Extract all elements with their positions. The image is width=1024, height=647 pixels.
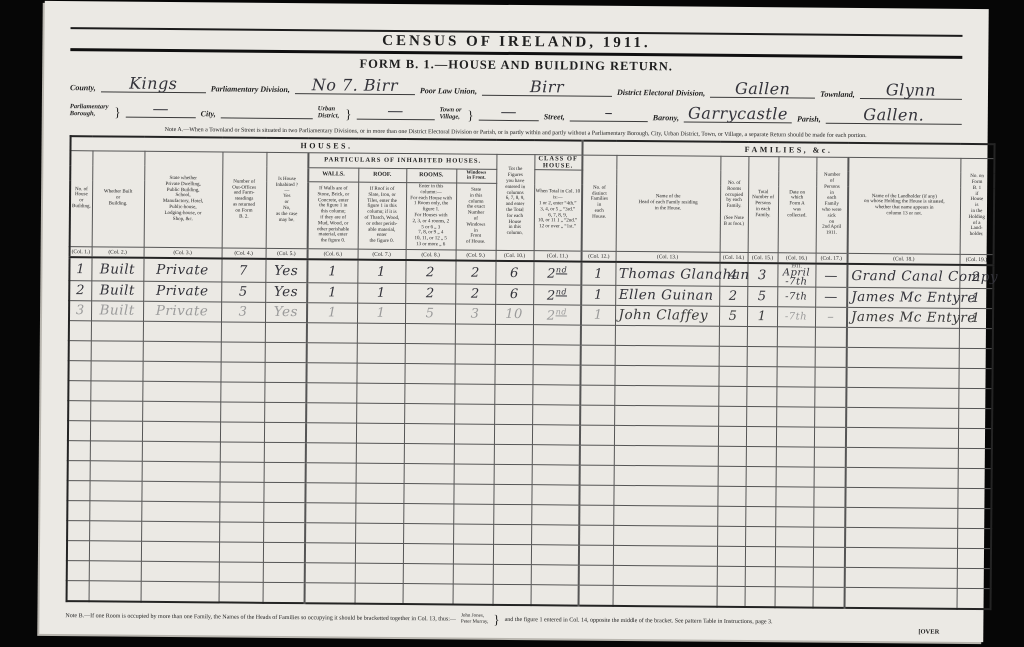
- col15-header: Total Number of Persons in each Family.: [748, 156, 779, 253]
- brace-glyph: }: [345, 109, 351, 119]
- col6-header: If Walls are of Stone, Brick, or Concret…: [308, 182, 359, 249]
- col4-header: Number of Out-Offices and Farm- steading…: [222, 151, 267, 248]
- cell-rooms: 2: [405, 260, 455, 284]
- townland-label: Townland,: [820, 90, 855, 99]
- note-b-part1: Note B.—If one Room is occupied by more …: [65, 613, 456, 622]
- cell-families: 1: [581, 305, 615, 325]
- cell-class: 2nd: [533, 305, 581, 325]
- cell-class: 2nd: [533, 262, 581, 286]
- col14-header: No. of Rooms occupied by each Family. (S…: [720, 156, 749, 253]
- cell-sick: –: [815, 307, 847, 327]
- roof-title: ROOF.: [358, 168, 406, 183]
- cell-head-name: John Claffey: [615, 306, 719, 327]
- col2-header: Whether Built or Building.: [92, 150, 145, 247]
- cell-windows: 2: [455, 284, 495, 304]
- col-label-8: (Col. 8.): [406, 249, 456, 260]
- note-b-brace: }: [493, 612, 499, 628]
- cell-built: Built: [91, 301, 143, 321]
- cell-total: 6: [495, 261, 533, 285]
- col-label-6: (Col. 6.): [308, 249, 358, 260]
- table-header: HOUSES. FAMILIES, &c. No. of House or Bu…: [70, 136, 995, 265]
- brace-glyph: }: [114, 107, 120, 117]
- cell-out-offices: 5: [221, 282, 265, 302]
- class-of-house-title: CLASS OF HOUSE.: [534, 154, 582, 169]
- col9-header: State in this column the exact Number of…: [456, 183, 497, 250]
- col1-header: No. of House or Building.: [70, 150, 93, 247]
- barony-label: Barony,: [653, 113, 679, 122]
- note-b-part2: and the figure 1 entered in Col. 14, opp…: [505, 617, 773, 625]
- note-b: Note B.—If one Room is occupied by more …: [65, 608, 957, 632]
- cell-roof: 1: [357, 303, 405, 323]
- county-value: Kings: [101, 76, 206, 93]
- city-label: City,: [201, 109, 216, 118]
- cell-type: Private: [143, 282, 221, 303]
- parl-division-value: No 7. Birr: [295, 78, 415, 95]
- particulars-group-header: PARTICULARS OF INHABITED HOUSES.: [308, 152, 496, 169]
- cell-windows: 2: [455, 261, 495, 285]
- cell-out-offices: 7: [221, 259, 265, 283]
- cell-inhabited: Yes: [265, 303, 307, 323]
- cell-persons: 1: [747, 307, 777, 327]
- col-label-12: (Col. 12.): [582, 251, 616, 262]
- col-label-11: (Col. 11.): [534, 251, 582, 262]
- cell-landholder: Grand Canal Compy: [847, 264, 959, 288]
- header-fields-row-1: County, Kings Parliamentary Division, No…: [70, 76, 962, 100]
- col-label-16: (Col. 16.): [778, 253, 816, 264]
- census-form-page: CENSUS OF IRELAND, 1911. FORM B. 1.—HOUS…: [39, 1, 988, 642]
- col-label-17: (Col. 17.): [816, 253, 848, 264]
- col18-header: Name of the Landholder (if any) on whose…: [848, 157, 961, 254]
- cell-built: Built: [91, 281, 143, 301]
- cell-class: 2nd: [533, 285, 581, 305]
- cell-sick: —: [815, 264, 847, 288]
- col-label-4: (Col. 4.): [222, 248, 266, 259]
- town-village-value: —: [479, 105, 539, 122]
- cell-windows: 3: [455, 304, 495, 324]
- street-label: Street,: [544, 112, 565, 121]
- cell-walls: 1: [307, 303, 357, 323]
- cell-rooms-occupied: 5: [719, 307, 747, 327]
- col19-header: No. on Form B. 1 if House is in the Hold…: [960, 158, 995, 255]
- col16-header: Date on which Form A was collected.: [778, 156, 817, 253]
- cell-walls: 1: [307, 260, 357, 284]
- cell-built: Built: [91, 258, 143, 282]
- walls-title: WALLS.: [308, 167, 358, 182]
- col17-header: Number of Persons in each Family who wer…: [816, 157, 849, 254]
- cell-rooms-occupied: 2: [719, 287, 747, 307]
- cell-total: 10: [495, 305, 533, 325]
- cell-families: 1: [581, 262, 615, 286]
- col-label-1: (Col. 1.): [70, 246, 92, 257]
- parl-borough-value: —: [126, 102, 196, 119]
- col-label-10: (Col. 10.): [496, 250, 534, 261]
- col-label-15: (Col. 15.): [748, 252, 778, 263]
- parl-division-label: Parliamentary Division,: [211, 84, 290, 94]
- cell-type: Private: [143, 258, 221, 282]
- cell-total: 6: [495, 285, 533, 305]
- over-label: [OVER: [918, 628, 939, 635]
- cell-roof: 1: [357, 283, 405, 303]
- col7-header: If Roof is of Slate, Iron, or Tiles, ent…: [358, 182, 407, 249]
- cell-landholder: James Mc Entyre: [847, 308, 959, 329]
- cell-date: -7th: [777, 307, 815, 327]
- cell-families: 1: [581, 285, 615, 305]
- col11-header: When Total in Col. 10 is:— 1 or 2, enter…: [534, 169, 583, 251]
- rooms-title: ROOMS.: [406, 168, 456, 183]
- col8-header: Enter in this column:— For each House wi…: [406, 183, 457, 250]
- col-label-9: (Col. 9.): [456, 250, 496, 261]
- street-value: –: [570, 105, 648, 122]
- cell-date: -7th: [777, 287, 815, 307]
- city-value: [221, 102, 313, 119]
- cell-house-no: 1: [69, 257, 91, 281]
- cell-head-name: Thomas Glanahan: [615, 262, 719, 286]
- col-label-13: (Col. 13.): [616, 251, 720, 263]
- parish-label: Parish,: [797, 114, 821, 123]
- district-electoral-division-value: Gallen: [710, 82, 815, 99]
- col-label-19: (Col. 19.): [960, 254, 994, 265]
- col12-header: No. of distinct Families in each House.: [582, 155, 617, 252]
- col-label-3: (Col. 3.): [144, 247, 222, 259]
- cell-out-offices: 3: [221, 302, 265, 322]
- cell-head-name: Ellen Guinan: [615, 286, 719, 307]
- cell-persons: 3: [747, 263, 777, 287]
- town-village-label: Town orVillage,: [439, 106, 461, 120]
- cell-rooms: 2: [405, 284, 455, 304]
- cell-date: 1911.April-7th: [777, 264, 815, 288]
- cell-roof: 1: [357, 260, 405, 284]
- barony-value: Garrycastle: [684, 106, 792, 123]
- poor-law-union-value: Birr: [482, 80, 612, 97]
- urban-district-label: UrbanDistrict,: [318, 105, 340, 119]
- townland-value: Glynn: [860, 83, 962, 100]
- col10-header: Tot the Figures you have entered in colu…: [496, 154, 535, 251]
- cell-house-no: 3: [69, 301, 91, 321]
- parish-value: Gallen.: [826, 108, 962, 125]
- cell-landholder: James Mc Entyre: [847, 288, 959, 309]
- cell-walls: 1: [307, 283, 357, 303]
- brace-glyph: }: [467, 110, 473, 120]
- cell-rooms: 5: [405, 304, 455, 324]
- cell-type: Private: [143, 302, 221, 323]
- house-building-return-table: HOUSES. FAMILIES, &c. No. of House or Bu…: [66, 135, 996, 610]
- col-label-2: (Col. 2.): [92, 247, 144, 258]
- header-fields-row-2: ParliamentaryBorough, } — City, UrbanDis…: [70, 101, 962, 125]
- cell-house-no: 2: [69, 281, 91, 301]
- col-label-14: (Col. 14.): [720, 252, 748, 263]
- col-label-7: (Col. 7.): [358, 249, 406, 260]
- district-electoral-division-label: District Electoral Division,: [617, 88, 705, 98]
- cell-inhabited: Yes: [265, 259, 307, 283]
- col-label-5: (Col. 5.): [266, 248, 308, 259]
- cell-persons: 5: [747, 287, 777, 307]
- col13-header: Name of the Head of each Family residing…: [616, 155, 721, 252]
- windows-title: Windows in Front.: [456, 168, 496, 183]
- col3-header: State whether Private Dwelling, Public B…: [144, 151, 223, 248]
- cell-sick: —: [815, 287, 847, 307]
- county-label: County,: [70, 83, 96, 92]
- col5-header: Is House Inhabited ? — Yes or No, as the…: [266, 152, 309, 249]
- note-b-bracket-names: John Jones,Peter Murray,: [461, 614, 489, 626]
- parl-borough-label: ParliamentaryBorough,: [70, 103, 109, 118]
- cell-inhabited: Yes: [265, 283, 307, 303]
- poor-law-union-label: Poor Law Union,: [420, 86, 477, 95]
- urban-district-value: —: [356, 104, 434, 121]
